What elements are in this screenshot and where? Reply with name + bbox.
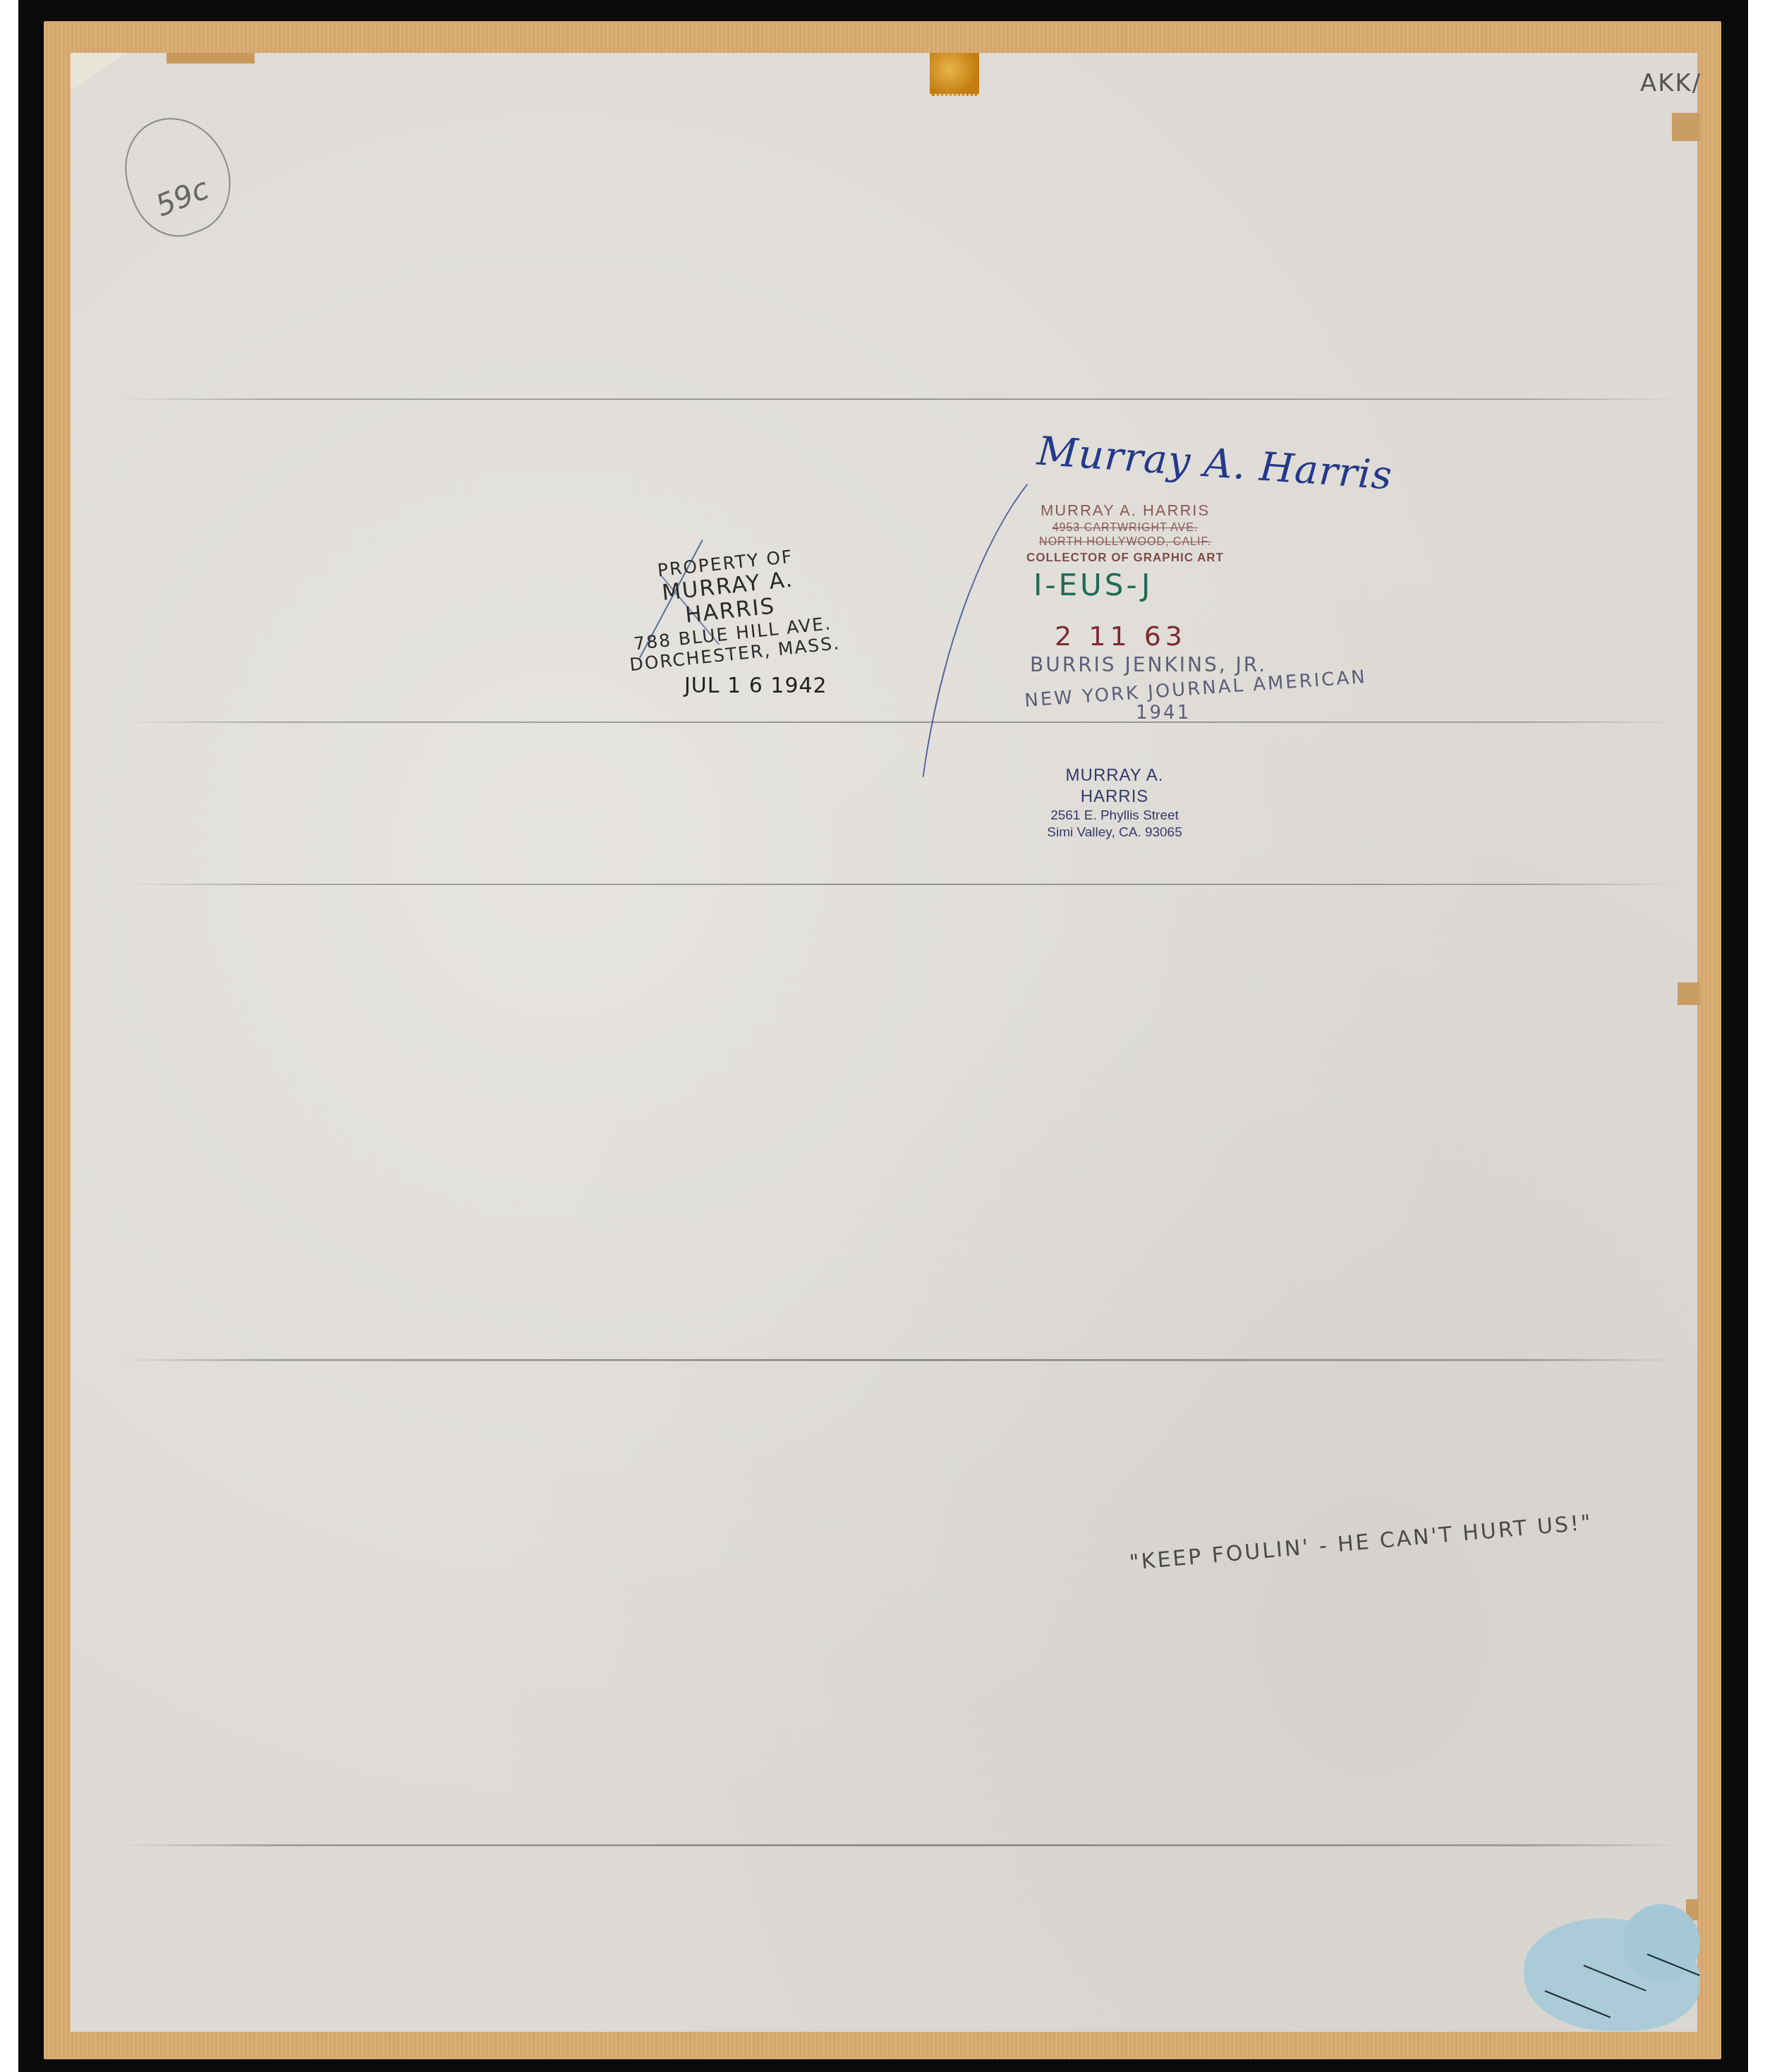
- collector-name: MURRAY A. HARRIS: [1009, 501, 1242, 521]
- fold-crease: [120, 398, 1680, 400]
- artist-name: BURRIS JENKINS, JR.: [1030, 653, 1267, 676]
- fold-crease: [120, 884, 1680, 885]
- property-stamp: PROPERTY OF MURRAY A. HARRIS 788 BLUE HI…: [619, 543, 842, 676]
- fold-crease: [120, 721, 1680, 723]
- inventory-code: I-EUS-J: [1033, 568, 1153, 602]
- date-stamp: JUL 1 6 1942: [684, 674, 827, 698]
- postage-stamp-icon: [930, 53, 979, 96]
- address-stamp: MURRAY A. HARRIS 2561 E. Phyllis Street …: [1030, 765, 1199, 841]
- left-margin-strip: [0, 0, 18, 2072]
- address-stamp-name: MURRAY A. HARRIS: [1030, 765, 1199, 808]
- collector-stamp: MURRAY A. HARRIS 4953 CARTWRIGHT AVE. NO…: [1009, 501, 1242, 566]
- tape-tab: [1672, 113, 1700, 141]
- tape-tab: [1678, 982, 1700, 1005]
- corner-fold: [71, 53, 127, 92]
- fold-crease: [120, 1359, 1680, 1361]
- fold-crease: [120, 1844, 1680, 1846]
- top-right-code: AKK/: [1640, 69, 1702, 97]
- artist-note: BURRIS JENKINS, JR. NEW YORK JOURNAL AME…: [1030, 652, 1367, 726]
- address-stamp-city: Simi Valley, CA. 93065: [1030, 824, 1199, 841]
- publication-year: 1941: [1136, 702, 1367, 726]
- collector-title: COLLECTOR OF GRAPHIC ART: [1009, 550, 1242, 566]
- paper-sheet: [71, 53, 1697, 2032]
- collector-address-struck: 4953 CARTWRIGHT AVE.: [1009, 521, 1242, 536]
- collector-city-struck: NORTH HOLLYWOOD, CALIF.: [1009, 535, 1242, 550]
- number-stamp: 2 11 63: [1055, 621, 1187, 652]
- right-margin-strip: [1748, 0, 1765, 2072]
- torn-tape-fragment: [166, 53, 255, 63]
- address-stamp-street: 2561 E. Phyllis Street: [1030, 808, 1199, 824]
